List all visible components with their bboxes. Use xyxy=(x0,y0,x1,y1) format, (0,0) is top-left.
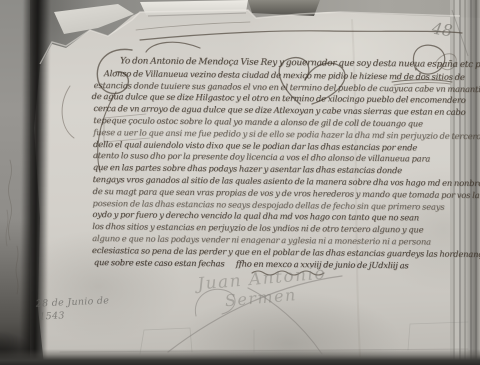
flap-crease-line xyxy=(148,13,246,16)
pen-stroke-top-short xyxy=(136,22,250,30)
pencil-sketch-rect-1 xyxy=(140,328,192,354)
folio-number: 48 xyxy=(431,19,454,41)
adjacent-page-script-marks-2 xyxy=(16,246,18,294)
adjacent-page-script-marks-3 xyxy=(6,210,8,246)
pencil-sketch-rect-2 xyxy=(408,322,468,350)
pencil-date-annotation: 28 de Junio de 1543 xyxy=(35,294,110,323)
pen-stroke-top-long xyxy=(140,31,462,40)
manuscript-text-block: Yo don Antonio de Mendoça Vise Rey y gou… xyxy=(92,56,456,272)
margin-curl xyxy=(62,86,74,138)
pencil-baseline xyxy=(60,349,468,352)
adjacent-page-script-marks-1 xyxy=(9,160,12,240)
manuscript-photo: Yo don Antonio de Mendoça Vise Rey y gou… xyxy=(0,0,480,365)
pen-flourish-connector xyxy=(146,42,200,52)
